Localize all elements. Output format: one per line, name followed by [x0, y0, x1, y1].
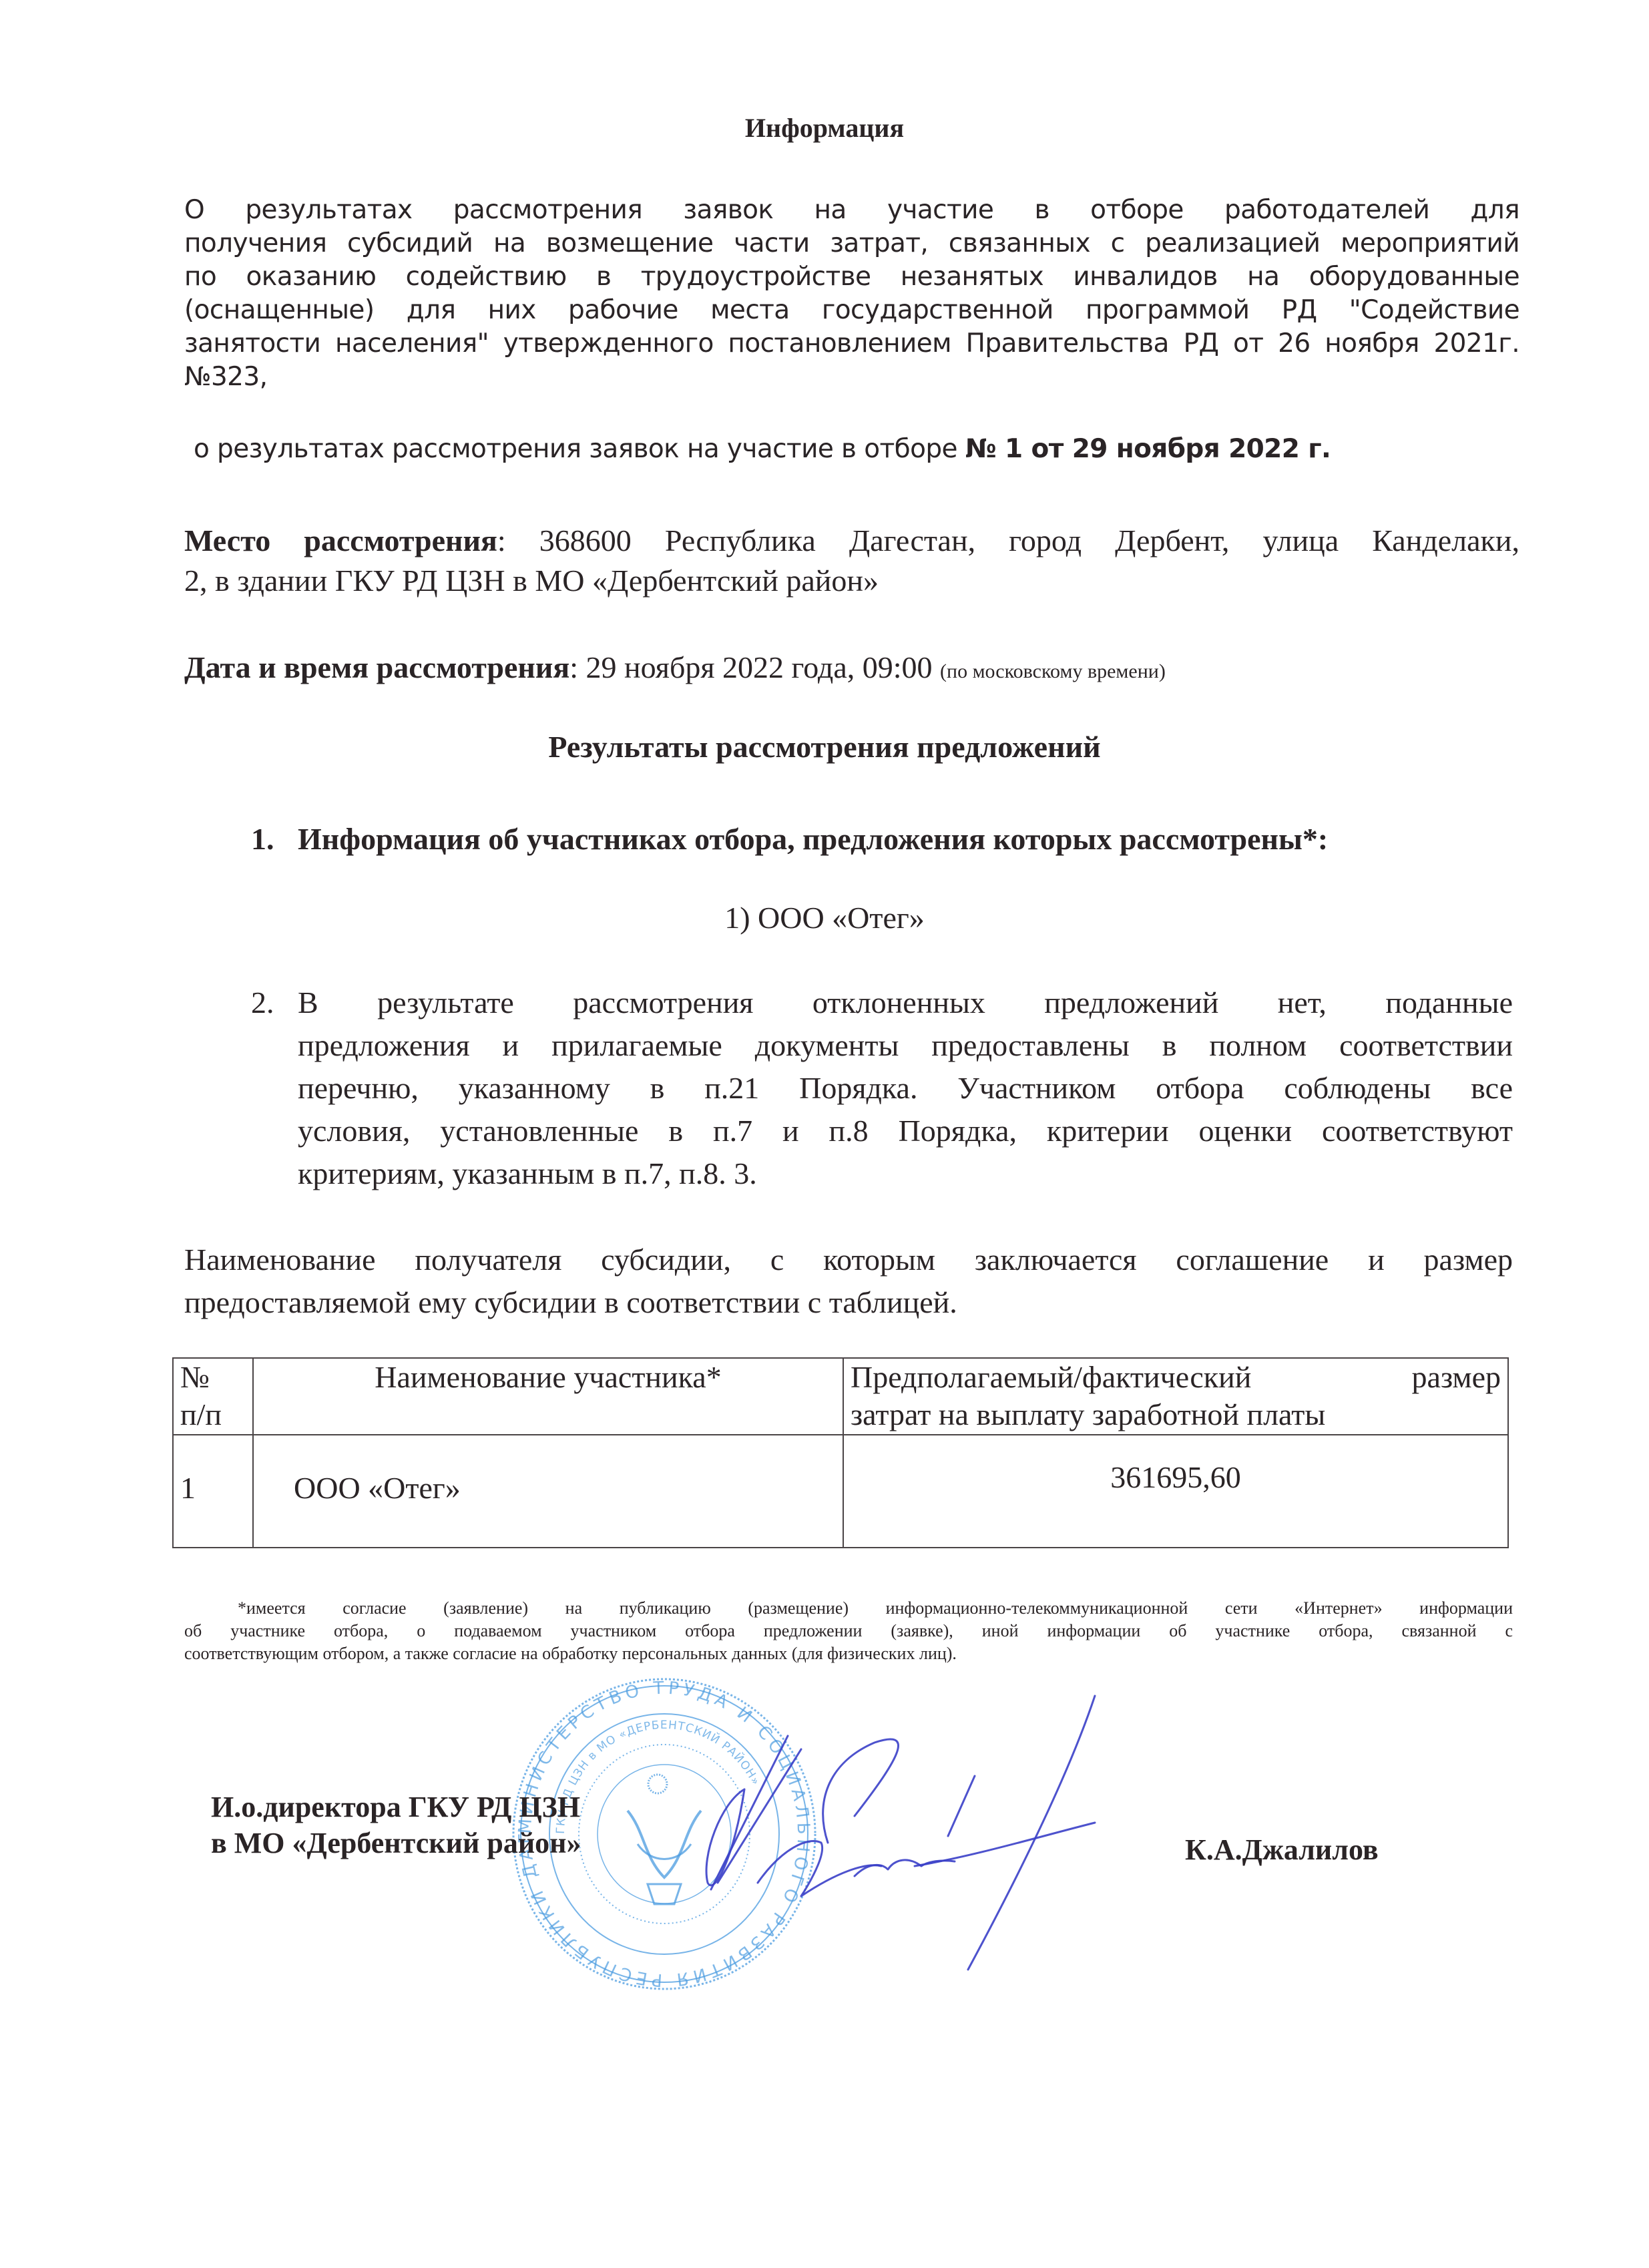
footnote-line: соответствующим отбором, а также согласи…	[184, 1642, 1513, 1665]
footnote-line: об участнике отбора, о подаваемом участн…	[184, 1620, 1513, 1642]
cell-participant-name: ООО «Отег»	[253, 1435, 843, 1548]
participant-list-item: 1) ООО «Отег»	[0, 900, 1649, 935]
section-2-line: условия, установленные в п.7 и п.8 Поряд…	[298, 1110, 1513, 1152]
intro-line: №323,	[184, 361, 1519, 394]
place-value-cont: 2, в здании ГКУ РД ЦЗН в МО «Дербентский…	[184, 563, 879, 598]
signature-icon	[694, 1682, 1122, 1976]
intro-line: по оказанию содействию в трудоустройстве…	[184, 260, 1519, 294]
recipient-line: Наименование получателя субсидии, с кото…	[184, 1238, 1513, 1281]
footnote-line: *имеется согласие (заявление) на публика…	[184, 1597, 1513, 1620]
recipient-paragraph: Наименование получателя субсидии, с кото…	[184, 1238, 1513, 1324]
subsidy-table: № п/п Наименование участника* Предполага…	[172, 1357, 1509, 1548]
cell-amount: 361695,60	[843, 1435, 1508, 1548]
selection-reference: о результатах рассмотрения заявок на уча…	[194, 434, 1331, 464]
results-heading: Результаты рассмотрения предложений	[0, 729, 1649, 764]
section-2-line: В результате рассмотрения отклоненных пр…	[298, 981, 1513, 1024]
recipient-line: предоставляемой ему субсидии в соответст…	[184, 1281, 1513, 1324]
section-2-number: 2.	[251, 981, 274, 1024]
place-value: : 368600 Республика Дагестан, город Дерб…	[497, 523, 1519, 557]
review-datetime: Дата и время рассмотрения: 29 ноября 202…	[184, 648, 1166, 692]
section-2-line: предложения и прилагаемые документы пред…	[298, 1024, 1513, 1067]
intro-line: О результатах рассмотрения заявок на уча…	[184, 194, 1519, 227]
section-1-heading: 1.Информация об участниках отбора, предл…	[251, 821, 1328, 857]
intro-line: (оснащенные) для них рабочие места госуд…	[184, 294, 1519, 327]
section-2-line: критериям, указанным в п.7, п.8. 3.	[298, 1152, 1513, 1195]
cell-number: 1	[173, 1435, 253, 1548]
review-place: Место рассмотрения: 368600 Республика Да…	[184, 521, 1519, 601]
intro-line: занятости населения" утвержденного поста…	[184, 327, 1519, 361]
table-row: 1 ООО «Отег» 361695,60	[173, 1435, 1508, 1548]
signer-name: К.А.Джалилов	[1185, 1833, 1379, 1867]
datetime-label: Дата и время рассмотрения	[184, 650, 569, 684]
footnote: *имеется согласие (заявление) на публика…	[184, 1597, 1513, 1665]
signer-position-line2: в МО «Дербентский район»	[211, 1825, 581, 1861]
intro-line: получения субсидий на возмещение части з…	[184, 227, 1519, 260]
header-participant-name: Наименование участника*	[253, 1358, 843, 1435]
header-amount: Предполагаемый/фактический размер затрат…	[843, 1358, 1508, 1435]
table-header-row: № п/п Наименование участника* Предполага…	[173, 1358, 1508, 1435]
signer-position: И.о.директора ГКУ РД ЦЗН в МО «Дербентск…	[211, 1789, 581, 1861]
header-number: № п/п	[173, 1358, 253, 1435]
datetime-note: (по московскому времени)	[940, 660, 1166, 682]
document-title: Информация	[0, 112, 1649, 144]
section-1-number: 1.	[251, 821, 298, 857]
signer-position-line1: И.о.директора ГКУ РД ЦЗН	[211, 1789, 581, 1825]
place-label: Место рассмотрения	[184, 523, 497, 557]
selection-number-date: № 1 от 29 ноября 2022 г.	[965, 434, 1331, 464]
section-2: 2. В результате рассмотрения отклоненных…	[251, 981, 1513, 1195]
selection-reference-text: о результатах рассмотрения заявок на уча…	[194, 434, 957, 464]
section-2-line: перечню, указанному в п.21 Порядка. Учас…	[298, 1067, 1513, 1110]
section-1-text: Информация об участниках отбора, предлож…	[298, 822, 1328, 856]
intro-paragraph: О результатах рассмотрения заявок на уча…	[184, 194, 1519, 394]
datetime-value: : 29 ноября 2022 года, 09:00	[569, 650, 932, 684]
